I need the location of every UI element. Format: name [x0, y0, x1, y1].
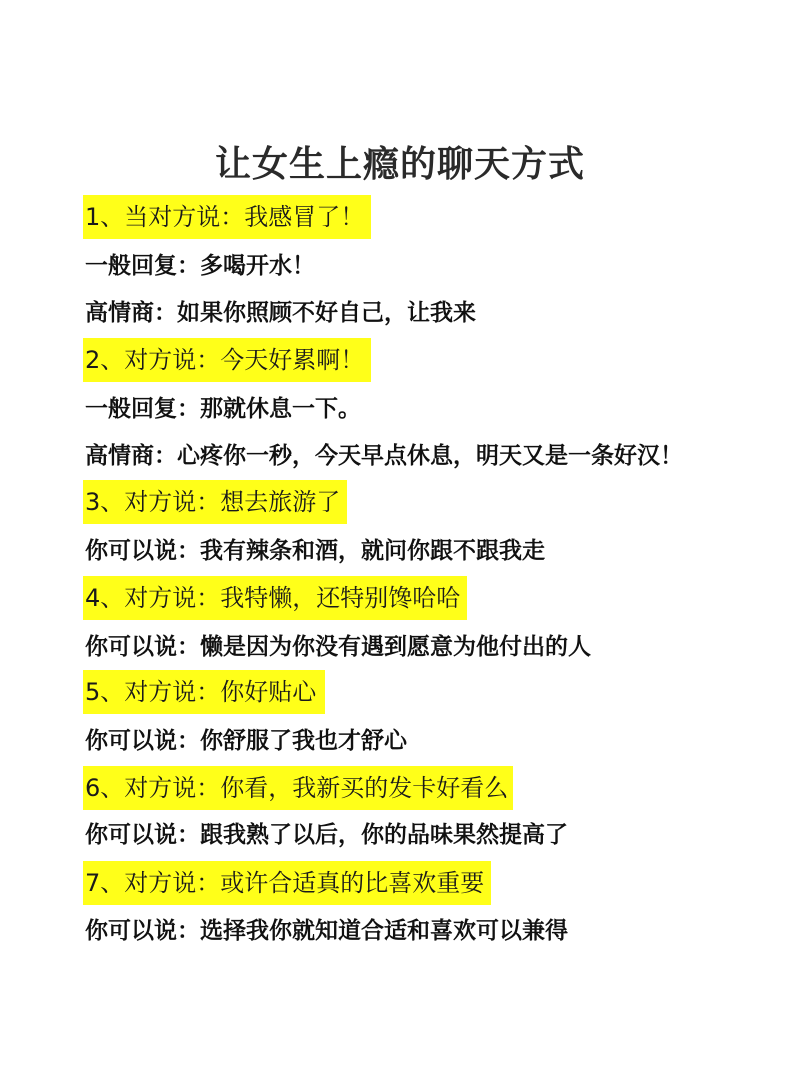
prompt-5: 5、对方说：你好贴心 — [83, 670, 325, 714]
reply-1-eq: 高情商：如果你照顾不好自己，让我来 — [85, 291, 476, 335]
prompt-7: 7、对方说：或许合适真的比喜欢重要 — [83, 861, 491, 905]
prompt-3: 3、对方说：想去旅游了 — [83, 480, 347, 524]
reply-2-eq: 高情商：心疼你一秒，今天早点休息，明天又是一条好汉！ — [85, 434, 683, 478]
prompt-1: 1、当对方说：我感冒了！ — [83, 195, 371, 239]
prompt-2: 2、对方说：今天好累啊！ — [83, 338, 371, 382]
reply-7: 你可以说：选择我你就知道合适和喜欢可以兼得 — [85, 909, 568, 953]
reply-3: 你可以说：我有辣条和酒，就问你跟不跟我走 — [85, 529, 545, 573]
reply-2-normal: 一般回复：那就休息一下。 — [85, 387, 361, 431]
prompt-4: 4、对方说：我特懒，还特别馋哈哈 — [83, 576, 467, 620]
reply-6: 你可以说：跟我熟了以后，你的品味果然提高了 — [85, 813, 568, 857]
reply-5: 你可以说：你舒服了我也才舒心 — [85, 719, 407, 763]
page-title: 让女生上瘾的聊天方式 — [0, 136, 800, 187]
prompt-6: 6、对方说：你看，我新买的发卡好看么 — [83, 766, 513, 810]
reply-4: 你可以说：懒是因为你没有遇到愿意为他付出的人 — [85, 625, 591, 669]
reply-1-normal: 一般回复：多喝开水！ — [85, 244, 315, 288]
